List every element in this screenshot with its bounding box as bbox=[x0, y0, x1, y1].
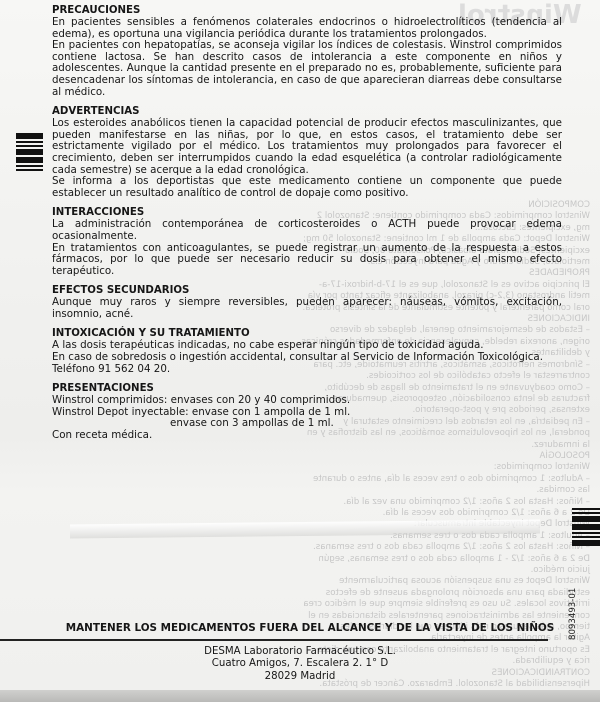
children-warning: MANTENER LOS MEDICAMENTOS FUERA DEL ALCA… bbox=[0, 622, 600, 634]
section-advertencias: ADVERTENCIAS Los esteroides anabólicos t… bbox=[52, 106, 562, 199]
section-efectos-secundarios: EFECTOS SECUNDARIOS Aunque muy raros y s… bbox=[52, 285, 562, 320]
paragraph: En caso de sobredosis o ingestión accide… bbox=[52, 352, 562, 364]
paragraph: Aunque muy raros y siempre reversibles, … bbox=[52, 297, 562, 320]
company-city: 28029 Madrid bbox=[0, 671, 600, 683]
divider-rule bbox=[0, 639, 548, 641]
paragraph: La administración contemporánea de corti… bbox=[52, 219, 562, 242]
paragraph: En pacientes con hepatopatías, se aconse… bbox=[52, 40, 562, 98]
print-code: 8093493-01 bbox=[568, 588, 578, 640]
paragraph: Se informa a los deportistas que este me… bbox=[52, 176, 562, 199]
section-presentaciones: PRESENTACIONES Winstrol comprimidos: env… bbox=[52, 383, 562, 441]
company-info: DESMA Laboratorio Farmacéutico S.L. Cuat… bbox=[0, 646, 600, 683]
section-interacciones: INTERACCIONES La administración contempo… bbox=[52, 207, 562, 277]
paragraph: En pacientes sensibles a fenómenos colat… bbox=[52, 17, 562, 40]
registration-marks-left bbox=[16, 133, 43, 173]
section-intoxicacion: INTOXICACIÓN Y SU TRATAMIENTO A las dosi… bbox=[52, 328, 562, 375]
leaflet-content: PRECAUCIONES En pacientes sensibles a fe… bbox=[52, 5, 562, 450]
paragraph: Teléfono 91 562 04 20. bbox=[52, 364, 562, 376]
section-precauciones: PRECAUCIONES En pacientes sensibles a fe… bbox=[52, 5, 562, 98]
prescription-note: Con receta médica. bbox=[52, 430, 562, 442]
company-name: DESMA Laboratorio Farmacéutico S.L. bbox=[0, 646, 600, 658]
leaflet-page: Winstrol COMPOSICIÓN Winstrol comprimido… bbox=[0, 0, 600, 702]
paragraph: En tratamientos con anticoagulantes, se … bbox=[52, 243, 562, 278]
paper-edge-shadow bbox=[0, 690, 600, 702]
paragraph: Los esteroides anabólicos tienen la capa… bbox=[52, 118, 562, 176]
company-address: Cuatro Amigos, 7. Escalera 2. 1° D bbox=[0, 658, 600, 670]
registration-marks-right bbox=[572, 508, 600, 548]
